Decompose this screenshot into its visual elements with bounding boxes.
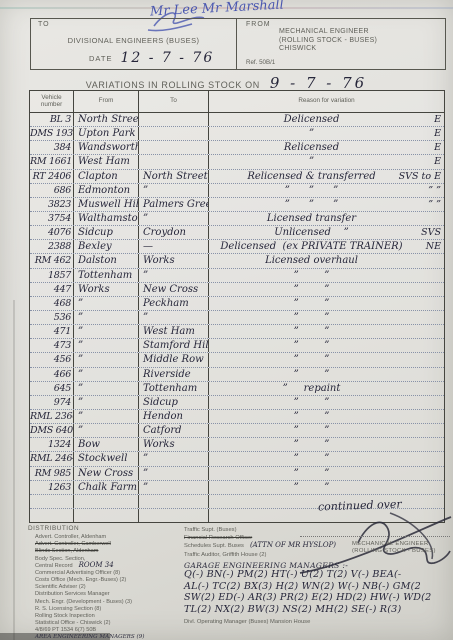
table-row: DMS 640 ” Catford ” ” — [30, 424, 444, 438]
cell-from — [74, 495, 139, 508]
cell-reason: Delicensed (ex PRIVATE TRAINER)NE — [209, 240, 444, 253]
cell-from: ” — [74, 325, 139, 338]
distribution-item: Mech. Engr. (Development - Buses) (3) — [28, 598, 180, 605]
garage-code-line: Q(-) BN(-) PM(2) HT(-) U(2) T(2) V(-) BE… — [184, 569, 384, 581]
distribution-items: Advert. Controller, AldenhamAdvert. Cont… — [28, 533, 180, 640]
cell-vehicle-number — [30, 495, 74, 508]
header-box: TO DIVISIONAL ENGINEERS (BUSES) DATE12 -… — [30, 18, 446, 70]
cell-vehicle-number: 974 — [30, 396, 74, 409]
table-row: 1857 Tottenham ” ” ” — [30, 269, 444, 283]
scanned-document: Mr Lee Mr Marshall TO DIVISIONAL ENGINEE… — [0, 0, 453, 640]
table-row: 3823 Muswell Hill Palmers Green ” ” ”” ” — [30, 198, 444, 212]
cell-to: Catford — [139, 424, 209, 437]
cell-reason: ” ” — [209, 438, 444, 451]
distribution-item: Scientific Adviser (2) — [28, 583, 180, 590]
reason-text: Delicensed — [209, 113, 444, 126]
distribution-item: Statistical Office - Chiswick (2) — [28, 619, 180, 626]
reason-text: ” ” ” — [209, 184, 444, 197]
distribution-item: Central RecordROOM 34 — [28, 562, 180, 569]
table-row: RT 2406 Clapton North Street Relicensed … — [30, 170, 444, 184]
cell-reason: RelicensedE — [209, 141, 444, 154]
reason-text: ” — [209, 155, 444, 168]
cell-reason: ” ” — [209, 396, 444, 409]
cell-from: ” — [74, 396, 139, 409]
cell-vehicle-number: 4076 — [30, 226, 74, 239]
cell-vehicle-number: RML 2464 — [30, 452, 74, 465]
cell-reason: ” ” — [209, 297, 444, 310]
cell-from: Tottenham — [74, 269, 139, 282]
table-row: 1324 Bow Works ” ” — [30, 438, 444, 452]
date-line: DATE12 - 7 - 76 — [89, 49, 214, 65]
distribution-item: Rolling Stock Inspection — [28, 612, 180, 619]
cell-to: ” — [139, 269, 209, 282]
cell-from: ” — [74, 410, 139, 423]
cell-reason: ” ” — [209, 410, 444, 423]
distribution-item: Distribution Services Manager — [28, 590, 180, 597]
traffic-item: Schedules Supt. Buses(ATTN OF MR HYSLOP) — [184, 542, 384, 550]
cell-vehicle-number: 468 — [30, 297, 74, 310]
table-row: BL 3 North Street DelicensedE — [30, 113, 444, 127]
reason-text: ” ” — [209, 410, 444, 423]
cell-to: ” — [139, 467, 209, 480]
distribution-item-text: R. S. Licensing Section (8) — [35, 606, 101, 612]
from-address-line: CHISWICK — [279, 45, 377, 54]
cell-vehicle-number: DMS 1931 — [30, 127, 74, 140]
cell-from: Clapton — [74, 170, 139, 183]
cell-from: ” — [74, 311, 139, 324]
table-row: 974 ” Sidcup ” ” — [30, 396, 444, 410]
cell-vehicle-number: 384 — [30, 141, 74, 154]
cell-reason: ” ” — [209, 353, 444, 366]
cell-vehicle-number: 3823 — [30, 198, 74, 211]
reason-text: ” ” — [209, 424, 444, 437]
cell-to: North Street — [139, 170, 209, 183]
table-row: 456 ” Middle Row ” ” — [30, 353, 444, 367]
cell-to: West Ham — [139, 325, 209, 338]
cell-vehicle-number: BL 3 — [30, 113, 74, 126]
table-header-row: Vehicle number From To Reason for variat… — [30, 91, 444, 113]
cell-reason: ” ” — [209, 368, 444, 381]
cell-vehicle-number: 645 — [30, 382, 74, 395]
status-code: NE — [426, 240, 441, 253]
distribution-item: 4/8/69 PT 1534 6(7) 50B — [28, 626, 180, 633]
cell-from: Wandsworth — [74, 141, 139, 154]
table-row: 468 ” Peckham ” ” — [30, 297, 444, 311]
cell-to — [139, 127, 209, 140]
header-from-cell: FROM MECHANICAL ENGINEER(ROLLING STOCK -… — [237, 19, 445, 69]
cell-reason: ” ” — [209, 339, 444, 352]
cell-to: — — [139, 240, 209, 253]
cell-reason: ” ” — [209, 269, 444, 282]
reason-text: ” ” — [209, 339, 444, 352]
reason-text: ” ” — [209, 311, 444, 324]
distribution-item: Commercial Advertising Officer (8) — [28, 569, 180, 576]
cell-reason: Licensed transfer — [209, 212, 444, 225]
cell-from: North Street — [74, 113, 139, 126]
cell-vehicle-number: DMS 640 — [30, 424, 74, 437]
cell-to: New Cross — [139, 283, 209, 296]
reason-text: ” ” — [209, 368, 444, 381]
cell-reason: ” ” — [209, 311, 444, 324]
reason-text: Unlicensed ” — [209, 226, 444, 239]
cell-reason: Licensed overhaul — [209, 254, 444, 267]
cell-to: Sidcup — [139, 396, 209, 409]
status-code: E — [434, 141, 441, 154]
cell-to — [139, 155, 209, 168]
table-row: 466 ” Riverside ” ” — [30, 368, 444, 382]
table-row: RML 2464 Stockwell ” ” ” — [30, 452, 444, 466]
form-title-printed: VARIATIONS IN ROLLING STOCK ON — [86, 80, 260, 90]
distribution-item-text: Body Spec. Section, — [35, 556, 85, 562]
reason-text: ” ” — [209, 353, 444, 366]
cell-vehicle-number: 3754 — [30, 212, 74, 225]
cell-reason: ” ” ”” ” — [209, 198, 444, 211]
table-row: 447 Works New Cross ” ” — [30, 283, 444, 297]
distribution-item-text: Advert. Controller, Camberwell — [35, 541, 111, 547]
cell-vehicle-number: RT 2406 — [30, 170, 74, 183]
distribution-list: DISTRIBUTION Advert. Controller, Aldenha… — [28, 526, 180, 640]
cell-from: Chalk Farm — [74, 481, 139, 494]
status-code: SVS — [421, 226, 441, 239]
cell-to: Works — [139, 254, 209, 267]
table-row: 645 ” Tottenham ” repaint — [30, 382, 444, 396]
cell-reason: ”E — [209, 155, 444, 168]
cell-from: ” — [74, 424, 139, 437]
reason-text: Relicensed — [209, 141, 444, 154]
cell-to: Palmers Green — [139, 198, 209, 211]
cell-from: ” — [74, 368, 139, 381]
paper-crease — [13, 300, 15, 640]
traffic-item-text: Schedules Supt. Buses — [184, 543, 244, 549]
cell-from: Walthamstow — [74, 212, 139, 225]
cell-to: ” — [139, 184, 209, 197]
ref-number: Ref. 50B/1 — [246, 59, 275, 66]
col-header-vehicle: Vehicle number — [30, 91, 74, 112]
cell-vehicle-number: 466 — [30, 368, 74, 381]
traffic-item-text: Traffic Supt. (Buses) — [184, 527, 237, 533]
col-header-to: To — [139, 91, 209, 112]
distribution-item: Advert. Controller, Aldenham — [28, 533, 180, 540]
cell-vehicle-number: RM 462 — [30, 254, 74, 267]
cell-reason: ”E — [209, 127, 444, 140]
cell-vehicle-number: 1324 — [30, 438, 74, 451]
distribution-item-annotation: ROOM 34 — [79, 561, 114, 569]
reason-text: ” ” — [209, 283, 444, 296]
status-code: ” ” — [428, 198, 441, 211]
reason-text: Delicensed (ex PRIVATE TRAINER) — [209, 240, 444, 253]
traffic-item-annotation: (ATTN OF MR HYSLOP) — [250, 541, 336, 549]
cell-from — [74, 509, 139, 522]
table-row: RML 2360 ” Hendon ” ” — [30, 410, 444, 424]
distribution-item: Advert. Controller, Camberwell — [28, 540, 180, 547]
cell-vehicle-number: 471 — [30, 325, 74, 338]
cell-to: Stamford Hill — [139, 339, 209, 352]
header-to-cell: TO DIVISIONAL ENGINEERS (BUSES) DATE12 -… — [31, 19, 237, 69]
traffic-item-text: Financial Research Officer — [184, 535, 252, 541]
reason-text: ” ” — [209, 396, 444, 409]
cell-reason: ” ” — [209, 283, 444, 296]
date-value-handwritten: 12 - 7 - 76 — [120, 50, 214, 66]
from-address-line: (ROLLING STOCK - BUSES) — [279, 37, 377, 46]
reason-text: ” ” — [209, 481, 444, 494]
cell-to: Middle Row — [139, 353, 209, 366]
cell-reason: ” ” — [209, 452, 444, 465]
date-label: DATE — [89, 54, 112, 63]
cell-vehicle-number: 2388 — [30, 240, 74, 253]
reason-text: ” ” — [209, 297, 444, 310]
distribution-item-text: Blinds Section, Aldenham — [35, 548, 98, 554]
cell-to: Riverside — [139, 368, 209, 381]
cell-reason: ” ” ”” ” — [209, 184, 444, 197]
cell-to: Works — [139, 438, 209, 451]
cell-reason: Unlicensed ”SVS — [209, 226, 444, 239]
distribution-item-text: Commercial Advertising Officer (8) — [35, 570, 120, 576]
table-row: 536 ” ” ” ” — [30, 311, 444, 325]
to-recipient: DIVISIONAL ENGINEERS (BUSES) — [31, 36, 236, 45]
cell-vehicle-number: 447 — [30, 283, 74, 296]
reason-text: Licensed transfer — [209, 212, 444, 225]
reason-text: ” ” — [209, 467, 444, 480]
distribution-item-text: Rolling Stock Inspection — [35, 613, 95, 619]
divl-operating-manager-line: Divl. Operating Manager (Buses) Mansion … — [184, 619, 384, 626]
table-row: RM 1661 West Ham ”E — [30, 155, 444, 169]
to-label: TO — [38, 21, 50, 28]
cell-from: Works — [74, 283, 139, 296]
status-code: E — [434, 113, 441, 126]
distribution-item-text: Central Record — [35, 563, 73, 569]
status-code: ” ” — [428, 184, 441, 197]
garage-code-line: TL(2) NX(2) BW(3) NS(2) MH(2) SE(-) R(3) — [184, 604, 384, 616]
cell-to: ” — [139, 452, 209, 465]
reason-text: ” ” — [209, 325, 444, 338]
reason-text: ” ” — [209, 452, 444, 465]
cell-to: ” — [139, 212, 209, 225]
cell-vehicle-number: RM 1661 — [30, 155, 74, 168]
cell-to: ” — [139, 311, 209, 324]
traffic-item-text: Traffic Auditor, Griffith House (2) — [184, 552, 266, 558]
cell-to: Hendon — [139, 410, 209, 423]
reason-text: ” ” — [209, 438, 444, 451]
cell-vehicle-number: RML 2360 — [30, 410, 74, 423]
distribution-item-text: Statistical Office - Chiswick (2) — [35, 620, 110, 626]
garage-managers-heading: GARAGE ENGINEERING MANAGERS :- — [184, 562, 384, 569]
cell-to: ” — [139, 481, 209, 494]
cell-from: ” — [74, 353, 139, 366]
status-code: SVS to E — [399, 170, 441, 183]
distribution-item: Blinds Section, Aldenham — [28, 547, 180, 554]
distribution-item-text: AREA ENGINEERING MANAGERS (9) — [35, 634, 144, 640]
traffic-distribution: Traffic Supt. (Buses)Financial Research … — [184, 526, 384, 626]
distribution-item: AREA ENGINEERING MANAGERS (9) — [28, 633, 180, 640]
cell-to — [139, 495, 209, 508]
cell-vehicle-number: 536 — [30, 311, 74, 324]
table-row: 1263 Chalk Farm ” ” ” — [30, 481, 444, 495]
table-row: 3754 Walthamstow ” Licensed transfer — [30, 212, 444, 226]
cell-to: Tottenham — [139, 382, 209, 395]
table-row: 384 Wandsworth RelicensedE — [30, 141, 444, 155]
status-code: E — [434, 155, 441, 168]
cell-reason: ” repaint — [209, 382, 444, 395]
cell-from: ” — [74, 297, 139, 310]
garage-code-line: SW(2) ED(-) AR(3) PR(2) E(2) HD(2) HW(-)… — [184, 592, 384, 604]
cell-reason: ” ” — [209, 325, 444, 338]
table-row: 4076 Sidcup Croydon Unlicensed ”SVS — [30, 226, 444, 240]
traffic-item: Traffic Auditor, Griffith House (2) — [184, 551, 384, 559]
cell-from: ” — [74, 382, 139, 395]
distribution-item-text: 4/8/69 PT 1534 6(7) 50B — [35, 627, 96, 633]
table-row: DMS 1931 Upton Park ”E — [30, 127, 444, 141]
cell-from: Muswell Hill — [74, 198, 139, 211]
cell-reason: ” ” — [209, 467, 444, 480]
from-address: MECHANICAL ENGINEER(ROLLING STOCK - BUSE… — [279, 28, 377, 54]
reason-text: Licensed overhaul — [209, 254, 444, 267]
cell-to — [139, 509, 209, 522]
distribution-item-text: Distribution Services Manager — [35, 591, 110, 597]
reason-text: ” repaint — [209, 382, 444, 395]
cell-reason: DelicensedE — [209, 113, 444, 126]
reason-text: ” — [209, 127, 444, 140]
col-header-from: From — [74, 91, 139, 112]
cell-vehicle-number — [30, 509, 74, 522]
status-code: E — [434, 127, 441, 140]
cell-from: Stockwell — [74, 452, 139, 465]
cell-reason: Relicensed & transferredSVS to E — [209, 170, 444, 183]
cell-from: ” — [74, 339, 139, 352]
table-row: RM 985 New Cross ” ” ” — [30, 467, 444, 481]
cell-reason: ” ” — [209, 424, 444, 437]
table-row: 471 ” West Ham ” ” — [30, 325, 444, 339]
cell-from: Upton Park — [74, 127, 139, 140]
variations-table: Vehicle number From To Reason for variat… — [29, 90, 445, 523]
cell-reason: ” ” — [209, 481, 444, 494]
table-row: 686 Edmonton ” ” ” ”” ” — [30, 184, 444, 198]
cell-vehicle-number: 1263 — [30, 481, 74, 494]
table-body: BL 3 North Street DelicensedE DMS 1931 U… — [30, 113, 444, 522]
cell-to: Croydon — [139, 226, 209, 239]
distribution-heading: DISTRIBUTION — [28, 526, 180, 532]
cell-vehicle-number: 686 — [30, 184, 74, 197]
cell-vehicle-number: RM 985 — [30, 467, 74, 480]
distribution-item: Costs Office (Mech. Engr.-Buses) (2) — [28, 576, 180, 583]
cell-from: Edmonton — [74, 184, 139, 197]
reason-text: ” ” — [209, 269, 444, 282]
table-row: 473 ” Stamford Hill ” ” — [30, 339, 444, 353]
cell-to — [139, 113, 209, 126]
col-header-reason: Reason for variation — [209, 91, 444, 112]
distribution-item: R. S. Licensing Section (8) — [28, 605, 180, 612]
traffic-items: Traffic Supt. (Buses)Financial Research … — [184, 526, 384, 559]
cell-from: Sidcup — [74, 226, 139, 239]
handwritten-routing-note: Mr Lee Mr Marshall — [150, 0, 284, 19]
cell-from: Bexley — [74, 240, 139, 253]
cell-from: Dalston — [74, 254, 139, 267]
garage-code-line: AL(-) TC(2) BX(3) H(2) WN(2) W(-) NB(-) … — [184, 581, 384, 593]
distribution-item-text: Scientific Adviser (2) — [35, 584, 86, 590]
cell-vehicle-number: 473 — [30, 339, 74, 352]
from-address-line: MECHANICAL ENGINEER — [279, 28, 377, 37]
distribution-item-text: Costs Office (Mech. Engr.-Buses) (2) — [35, 577, 126, 583]
cell-from: Bow — [74, 438, 139, 451]
cell-from: New Cross — [74, 467, 139, 480]
traffic-item: Traffic Supt. (Buses) — [184, 526, 384, 534]
reason-text: ” ” ” — [209, 198, 444, 211]
cell-vehicle-number: 456 — [30, 353, 74, 366]
cell-to: Peckham — [139, 297, 209, 310]
distribution-item-text: Advert. Controller, Aldenham — [35, 534, 106, 540]
table-row: 2388 Bexley — Delicensed (ex PRIVATE TRA… — [30, 240, 444, 254]
garage-manager-codes: Q(-) BN(-) PM(2) HT(-) U(2) T(2) V(-) BE… — [184, 569, 384, 615]
cell-vehicle-number: 1857 — [30, 269, 74, 282]
table-row: RM 462 Dalston Works Licensed overhaul — [30, 254, 444, 268]
from-label: FROM — [246, 21, 271, 28]
cell-to — [139, 141, 209, 154]
distribution-item-text: Mech. Engr. (Development - Buses) (3) — [35, 599, 132, 605]
cell-from: West Ham — [74, 155, 139, 168]
